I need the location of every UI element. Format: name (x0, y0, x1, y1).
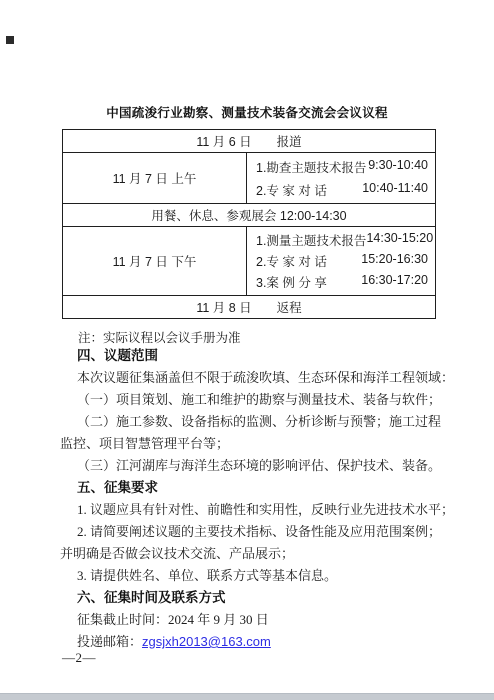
table-cell-morning-items: 1.勘查主题技术报告 9:30-10:40 2.专 家 对 话 10:40-11… (247, 153, 436, 204)
table-row: 11 月 7 日 上午 1.勘查主题技术报告 9:30-10:40 2.专 家 … (63, 153, 436, 204)
table-row: 11 月 8 日 返程 (63, 296, 436, 319)
section-4-heading: 四、议题范围 (60, 345, 440, 367)
agenda-item-time: 10:40-11:40 (362, 181, 428, 199)
viewer-bottom-bar (0, 693, 494, 700)
section-5-text: 并明确是否做会议技术交流、产品展示； (60, 543, 440, 565)
document-body: 四、议题范围 本次议题征集涵盖但不限于疏浚吹填、生态环保和海洋工程领域： （一）… (60, 345, 440, 653)
agenda-item-time: 9:30-10:40 (368, 158, 428, 176)
agenda-item-time: 14:30-15:20 (366, 231, 433, 249)
section-5-heading: 五、征集要求 (60, 477, 440, 499)
agenda-item-label: 1.测量主题技术报告 (256, 231, 366, 249)
document-page: 中国疏浚行业勘察、测量技术装备交流会会议议程 11 月 6 日 报道 11 月 … (0, 0, 494, 700)
schedule-note: 注：实际议程以会议手册为准 (78, 328, 241, 346)
page-title: 中国疏浚行业勘察、测量技术装备交流会会议议程 (0, 103, 494, 121)
table-row: 11 月 6 日 报道 (63, 130, 436, 153)
table-cell-lunch: 用餐、休息、参观展会 12:00-14:30 (63, 204, 436, 227)
agenda-item-label: 2.专 家 对 话 (256, 181, 327, 199)
table-row: 用餐、休息、参观展会 12:00-14:30 (63, 204, 436, 227)
agenda-item: 1.测量主题技术报告 14:30-15:20 (247, 231, 435, 249)
section-5-text: 3. 请提供姓名、单位、联系方式等基本信息。 (60, 565, 440, 587)
agenda-item: 3.案 例 分 享 16:30-17:20 (247, 273, 435, 291)
email-link[interactable]: zgsjxh2013@163.com (142, 634, 271, 649)
corner-mark (6, 36, 14, 44)
section-4-text: 监控、项目智慧管理平台等； (60, 433, 440, 455)
agenda-item-label: 2.专 家 对 话 (256, 252, 327, 270)
email-line: 投递邮箱：zgsjxh2013@163.com (60, 631, 440, 653)
section-4-text: 本次议题征集涵盖但不限于疏浚吹填、生态环保和海洋工程领域： (60, 367, 440, 389)
section-5-text: 1. 议题应具有针对性、前瞻性和实用性，反映行业先进技术水平； (60, 499, 440, 521)
table-cell-day3: 11 月 8 日 返程 (63, 296, 436, 319)
table-cell-day2-afternoon: 11 月 7 日 下午 (63, 227, 247, 296)
email-label: 投递邮箱： (77, 634, 142, 649)
section-4-text: （一）项目策划、施工和维护的勘察与测量技术、装备与软件； (60, 389, 440, 411)
section-4-text: （二）施工参数、设备指标的监测、分析诊断与预警；施工过程 (60, 411, 440, 433)
table-cell-afternoon-items: 1.测量主题技术报告 14:30-15:20 2.专 家 对 话 15:20-1… (247, 227, 436, 296)
section-6-heading: 六、征集时间及联系方式 (60, 587, 440, 609)
agenda-item-time: 15:20-16:30 (361, 252, 428, 270)
agenda-item: 1.勘查主题技术报告 9:30-10:40 (247, 158, 435, 176)
table-row: 11 月 7 日 下午 1.测量主题技术报告 14:30-15:20 2.专 家… (63, 227, 436, 296)
table-cell-day2-morning: 11 月 7 日 上午 (63, 153, 247, 204)
agenda-item: 2.专 家 对 话 10:40-11:40 (247, 181, 435, 199)
schedule-table: 11 月 6 日 报道 11 月 7 日 上午 1.勘查主题技术报告 9:30-… (62, 129, 436, 319)
agenda-item-time: 16:30-17:20 (361, 273, 428, 291)
agenda-item: 2.专 家 对 话 15:20-16:30 (247, 252, 435, 270)
page-number: —2— (62, 650, 96, 666)
agenda-item-label: 3.案 例 分 享 (256, 273, 327, 291)
section-4-text: （三）江河湖库与海洋生态环境的影响评估、保护技术、装备。 (60, 455, 440, 477)
section-5-text: 2. 请简要阐述议题的主要技术指标、设备性能及应用范围案例； (60, 521, 440, 543)
deadline-text: 征集截止时间：2024 年 9 月 30 日 (60, 609, 440, 631)
table-cell-day1: 11 月 6 日 报道 (63, 130, 436, 153)
agenda-item-label: 1.勘查主题技术报告 (256, 158, 366, 176)
